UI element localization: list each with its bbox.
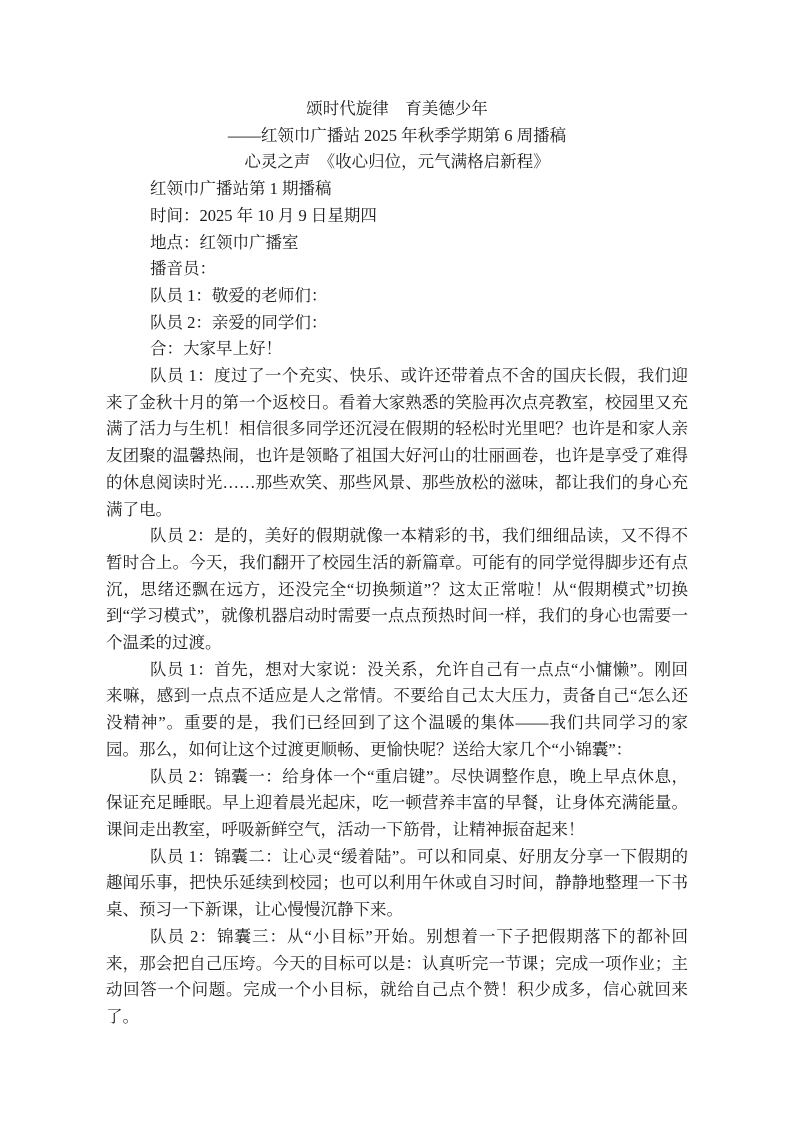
speech-paragraph-6: 队员 2：锦囊三：从“小目标”开始。别想着一下子把假期落下的都补回来，那会把自己… xyxy=(106,924,688,1031)
document-theme-title: 心灵之声 《收心归位，元气满格启新程》 xyxy=(106,149,688,176)
speech-paragraph-1: 队员 1：度过了一个充实、快乐、或许还带着点不舍的国庆长假，我们迎来了金秋十月的… xyxy=(106,363,688,523)
issue-line: 红领巾广播站第 1 期播稿 xyxy=(106,176,688,203)
time-line: 时间：2025 年 10 月 9 日星期四 xyxy=(106,203,688,230)
speech-paragraph-3: 队员 1：首先，想对大家说：没关系，允许自己有一点点“小慵懒”。刚回来嘛，感到一… xyxy=(106,657,688,764)
document-title: 颂时代旋律 育美德少年 xyxy=(106,96,688,123)
document-page: 颂时代旋律 育美德少年 ——红领巾广播站 2025 年秋季学期第 6 周播稿 心… xyxy=(0,0,793,1122)
greeting-students-line: 队员 2：亲爱的同学们： xyxy=(106,310,688,337)
document-subtitle: ——红领巾广播站 2025 年秋季学期第 6 周播稿 xyxy=(106,123,688,150)
greeting-teachers-line: 队员 1：敬爱的老师们： xyxy=(106,283,688,310)
speech-paragraph-4: 队员 2：锦囊一：给身体一个“重启键”。尽快调整作息，晚上早点休息，保证充足睡眠… xyxy=(106,764,688,844)
speech-paragraph-2: 队员 2：是的，美好的假期就像一本精彩的书，我们细细品读，又不得不暂时合上。今天… xyxy=(106,523,688,657)
location-line: 地点：红领巾广播室 xyxy=(106,230,688,257)
announcer-line: 播音员： xyxy=(106,256,688,283)
greeting-all-line: 合：大家早上好！ xyxy=(106,336,688,363)
speech-paragraph-5: 队员 1：锦囊二：让心灵“缓着陆”。可以和同桌、好朋友分享一下假期的趣闻乐事，把… xyxy=(106,844,688,924)
